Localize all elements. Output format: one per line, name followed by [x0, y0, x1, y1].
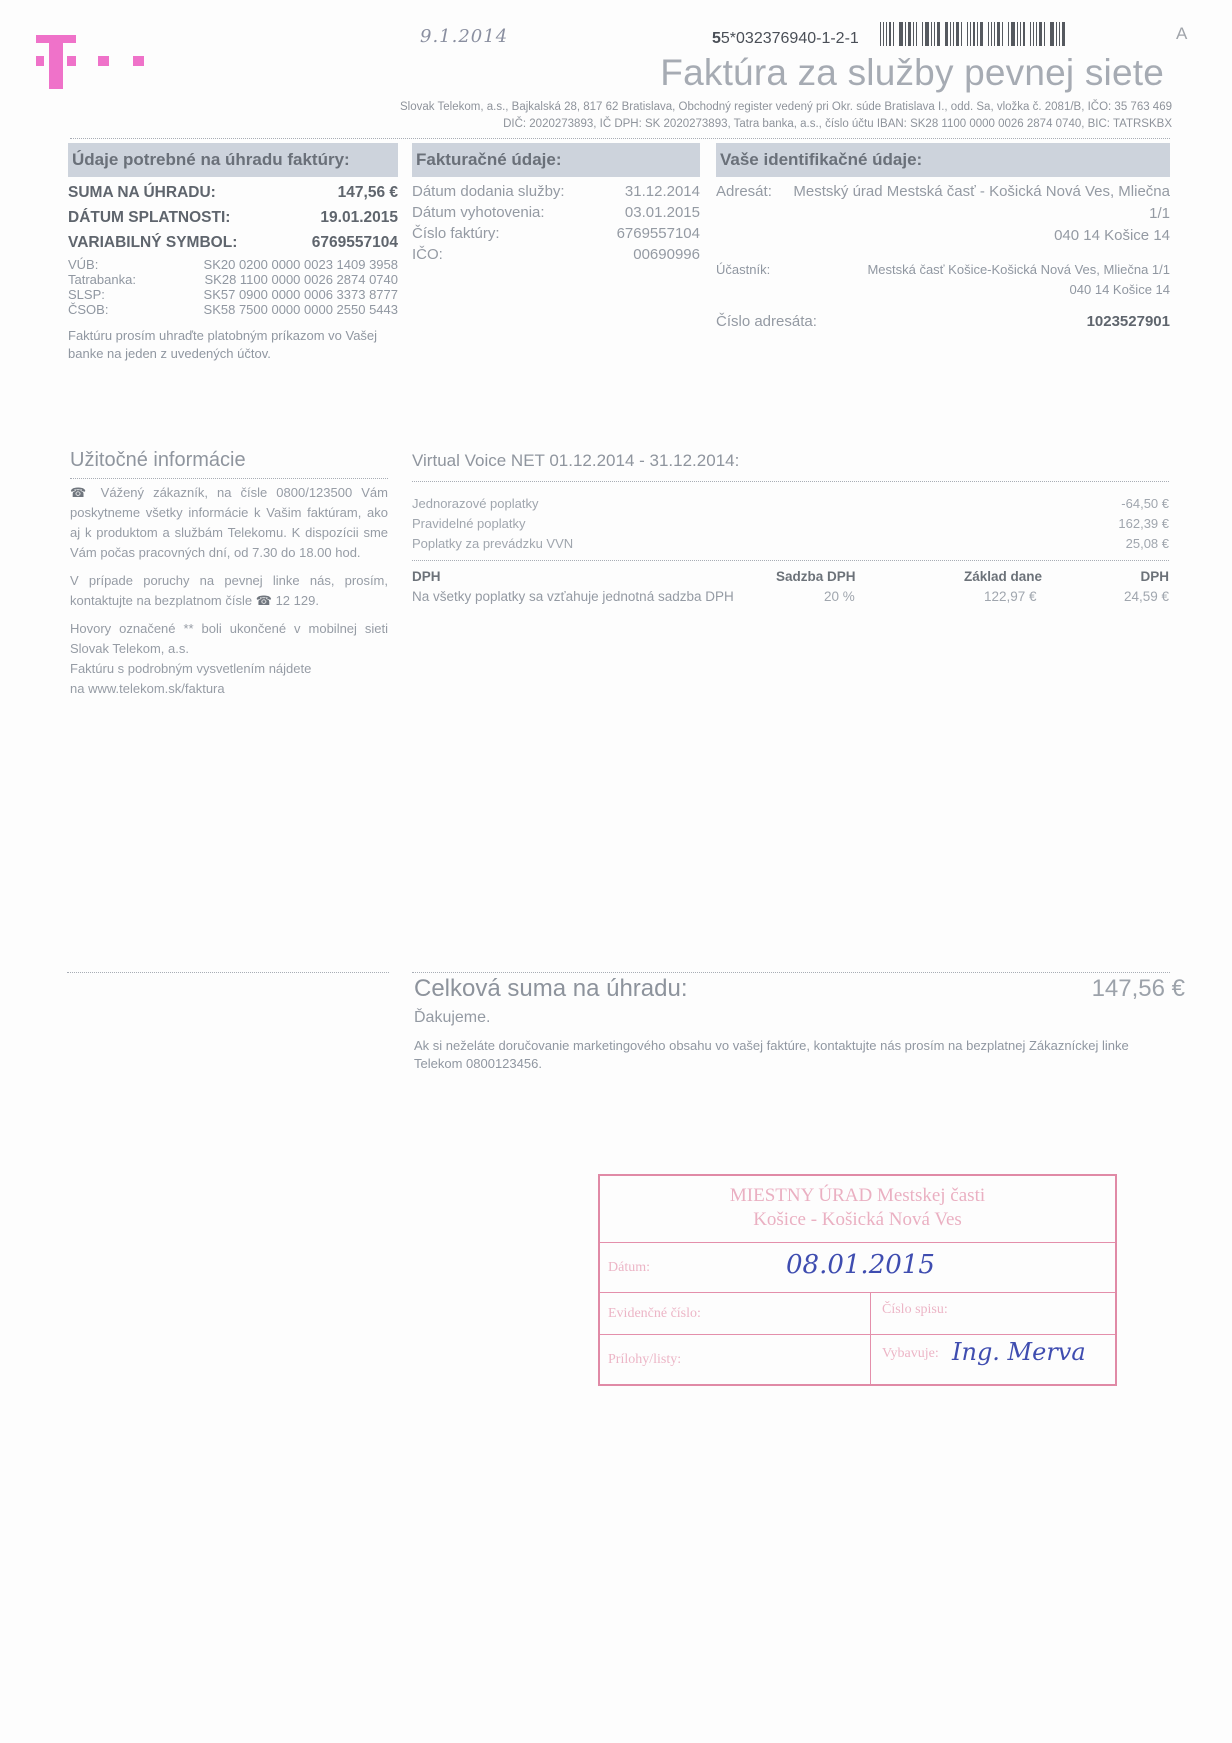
total-section: Celková suma na úhradu: 147,56 € Ďakujem… — [412, 972, 1185, 1073]
payment-row: DÁTUM SPLATNOSTI:19.01.2015 — [68, 205, 398, 230]
invoice-label: Dátum vyhotovenia: — [412, 202, 545, 223]
stamp-handler-label: Vybavuje: — [882, 1346, 939, 1362]
invoice-section: Fakturačné údaje: Dátum dodania služby:3… — [412, 143, 700, 265]
stamp-date-value: 08.01.2015 — [786, 1250, 935, 1280]
addressee-number-label: Číslo adresáta: — [716, 311, 817, 333]
stamp-registration-label: Evidenčné číslo: — [608, 1306, 701, 1322]
info-paragraph-3: Hovory označené ** boli ukončené v mobil… — [70, 619, 388, 659]
charge-value: -64,50 € — [1121, 494, 1169, 514]
tax-base-header: Základ dane — [964, 569, 1042, 584]
invoice-label: Číslo faktúry: — [412, 223, 500, 244]
addressee-number: 1023527901 — [1087, 311, 1170, 333]
total-label: Celková suma na úhradu: — [414, 975, 688, 1003]
info-link-text: Faktúru s podrobným vysvetlením nájdete — [70, 659, 388, 679]
charge-value: 25,08 € — [1126, 534, 1169, 554]
document-reference: 55*032376940-1-2-1 — [712, 30, 859, 48]
invoice-row: Dátum dodania služby:31.12.2014 — [412, 181, 700, 202]
bank-iban: SK20 0200 0000 0023 1409 3958 — [204, 257, 398, 272]
divider — [412, 481, 1169, 482]
addressee-line3: 040 14 Košice 14 — [716, 225, 1170, 247]
charge-label: Pravidelné poplatky — [412, 514, 525, 534]
invoice-heading: Fakturačné údaje: — [412, 143, 700, 177]
bank-name: SLSP: — [68, 287, 186, 302]
info-paragraph-1: ☎ Vážený zákazník, na čísle 0800/123500 … — [70, 483, 388, 563]
document-title: Faktúra za služby pevnej siete — [660, 52, 1164, 94]
invoice-value: 6769557104 — [617, 223, 700, 244]
stamp-attachments-label: Prílohy/listy: — [608, 1352, 681, 1368]
invoice-label: IČO: — [412, 244, 443, 265]
payment-note: Faktúru prosím uhraďte platobným príkazo… — [68, 327, 398, 363]
invoice-row: Dátum vyhotovenia:03.01.2015 — [412, 202, 700, 223]
divider — [70, 478, 388, 479]
service-title: Virtual Voice NET 01.12.2014 - 31.12.201… — [412, 451, 1169, 471]
bank-iban: SK28 1100 0000 0026 2874 0740 — [205, 272, 399, 287]
charge-label: Poplatky za prevádzku VVN — [412, 534, 573, 554]
handwritten-date: 9.1.2014 — [420, 26, 508, 47]
telekom-logo — [36, 35, 146, 91]
charge-row: Jednorazové poplatky-64,50 € — [412, 494, 1169, 514]
vat-amount-header: DPH — [1140, 569, 1169, 584]
barcode — [880, 22, 1145, 46]
charge-value: 162,39 € — [1118, 514, 1169, 534]
identity-section: Vaše identifikačné údaje: Adresát: Mests… — [716, 143, 1170, 333]
bank-account-row: SLSP:SK57 0900 0000 0006 3373 8777 — [68, 287, 398, 302]
company-info: Slovak Telekom, a.s., Bajkalská 28, 817 … — [400, 99, 1172, 133]
charge-row: Pravidelné poplatky162,39 € — [412, 514, 1169, 534]
useful-info-title: Užitočné informácie — [70, 449, 388, 472]
payment-label: DÁTUM SPLATNOSTI: — [68, 205, 230, 230]
invoice-row: IČO:00690996 — [412, 244, 700, 265]
identity-heading: Vaše identifikačné údaje: — [716, 143, 1170, 177]
payment-row: SUMA NA ÚHRADU:147,56 € — [68, 180, 398, 205]
bank-account-row: ČSOB:SK58 7500 0000 0000 2550 5443 — [68, 302, 398, 317]
payment-section: Údaje potrebné na úhradu faktúry: SUMA N… — [68, 143, 398, 363]
invoice-row: Číslo faktúry:6769557104 — [412, 223, 700, 244]
invoice-value: 03.01.2015 — [625, 202, 700, 223]
charge-row: Poplatky za prevádzku VVN25,08 € — [412, 534, 1169, 554]
addressee-line2: 1/1 — [716, 203, 1170, 225]
bank-account-row: VÚB:SK20 0200 0000 0023 1409 3958 — [68, 257, 398, 272]
payment-heading: Údaje potrebné na úhradu faktúry: — [68, 143, 398, 177]
participant-line2: 040 14 Košice 14 — [716, 281, 1170, 299]
addressee-line1: Mestský úrad Mestská časť - Košická Nová… — [793, 181, 1170, 203]
bank-name: ČSOB: — [68, 302, 186, 317]
payment-value: 19.01.2015 — [320, 205, 398, 230]
vat-rate: 20 % — [824, 589, 855, 604]
bank-name: Tatrabanka: — [68, 272, 186, 287]
stamp-title: MIESTNY ÚRAD Mestskej časti Košice - Koš… — [600, 1184, 1115, 1232]
stamp-date-label: Dátum: — [608, 1260, 650, 1276]
payment-value: 6769557104 — [312, 230, 398, 255]
invoice-value: 31.12.2014 — [625, 181, 700, 202]
payment-value: 147,56 € — [338, 180, 398, 205]
payment-label: VARIABILNÝ SYMBOL: — [68, 230, 237, 255]
registry-stamp: MIESTNY ÚRAD Mestskej časti Košice - Koš… — [598, 1174, 1117, 1386]
copy-letter: A — [1176, 24, 1187, 44]
bank-name: VÚB: — [68, 257, 186, 272]
useful-info-section: Užitočné informácie ☎ Vážený zákazník, n… — [70, 449, 388, 699]
participant-label: Účastník: — [716, 262, 770, 277]
service-section: Virtual Voice NET 01.12.2014 - 31.12.201… — [412, 451, 1169, 609]
tax-base: 122,97 € — [984, 589, 1037, 604]
vat-note: Na všetky poplatky sa vzťahuje jednotná … — [412, 589, 734, 604]
participant-line1: Mestská časť Košice-Košická Nová Ves, Ml… — [867, 259, 1170, 281]
stamp-file-label: Číslo spisu: — [882, 1302, 948, 1318]
addressee-label: Adresát: — [716, 183, 772, 200]
invoice-value: 00690996 — [633, 244, 700, 265]
divider — [412, 972, 1170, 973]
divider — [67, 972, 389, 973]
info-link[interactable]: na www.telekom.sk/faktura — [70, 679, 388, 699]
payment-row: VARIABILNÝ SYMBOL:6769557104 — [68, 230, 398, 255]
payment-label: SUMA NA ÚHRADU: — [68, 180, 216, 205]
phone-icon: ☎ — [70, 485, 92, 500]
total-value: 147,56 € — [1092, 975, 1185, 1003]
vat-rate-header: Sadzba DPH — [776, 569, 856, 584]
charge-label: Jednorazové poplatky — [412, 494, 538, 514]
marketing-note: Ak si neželáte doručovanie marketingovéh… — [414, 1037, 1174, 1073]
bank-account-row: Tatrabanka:SK28 1100 0000 0026 2874 0740 — [68, 272, 398, 287]
bank-iban: SK58 7500 0000 0000 2550 5443 — [204, 302, 398, 317]
info-paragraph-2: V prípade poruchy na pevnej linke nás, p… — [70, 571, 388, 611]
invoice-label: Dátum dodania služby: — [412, 181, 565, 202]
bank-iban: SK57 0900 0000 0006 3373 8777 — [204, 287, 398, 302]
stamp-handler-signature: Ing. Merva — [952, 1338, 1086, 1366]
divider — [412, 560, 1169, 561]
vat-header: DPH — [412, 569, 441, 584]
phone-icon: ☎ — [256, 593, 272, 608]
vat-amount: 24,59 € — [1124, 589, 1169, 604]
thanks-text: Ďakujeme. — [414, 1007, 1185, 1029]
divider — [70, 138, 1170, 139]
